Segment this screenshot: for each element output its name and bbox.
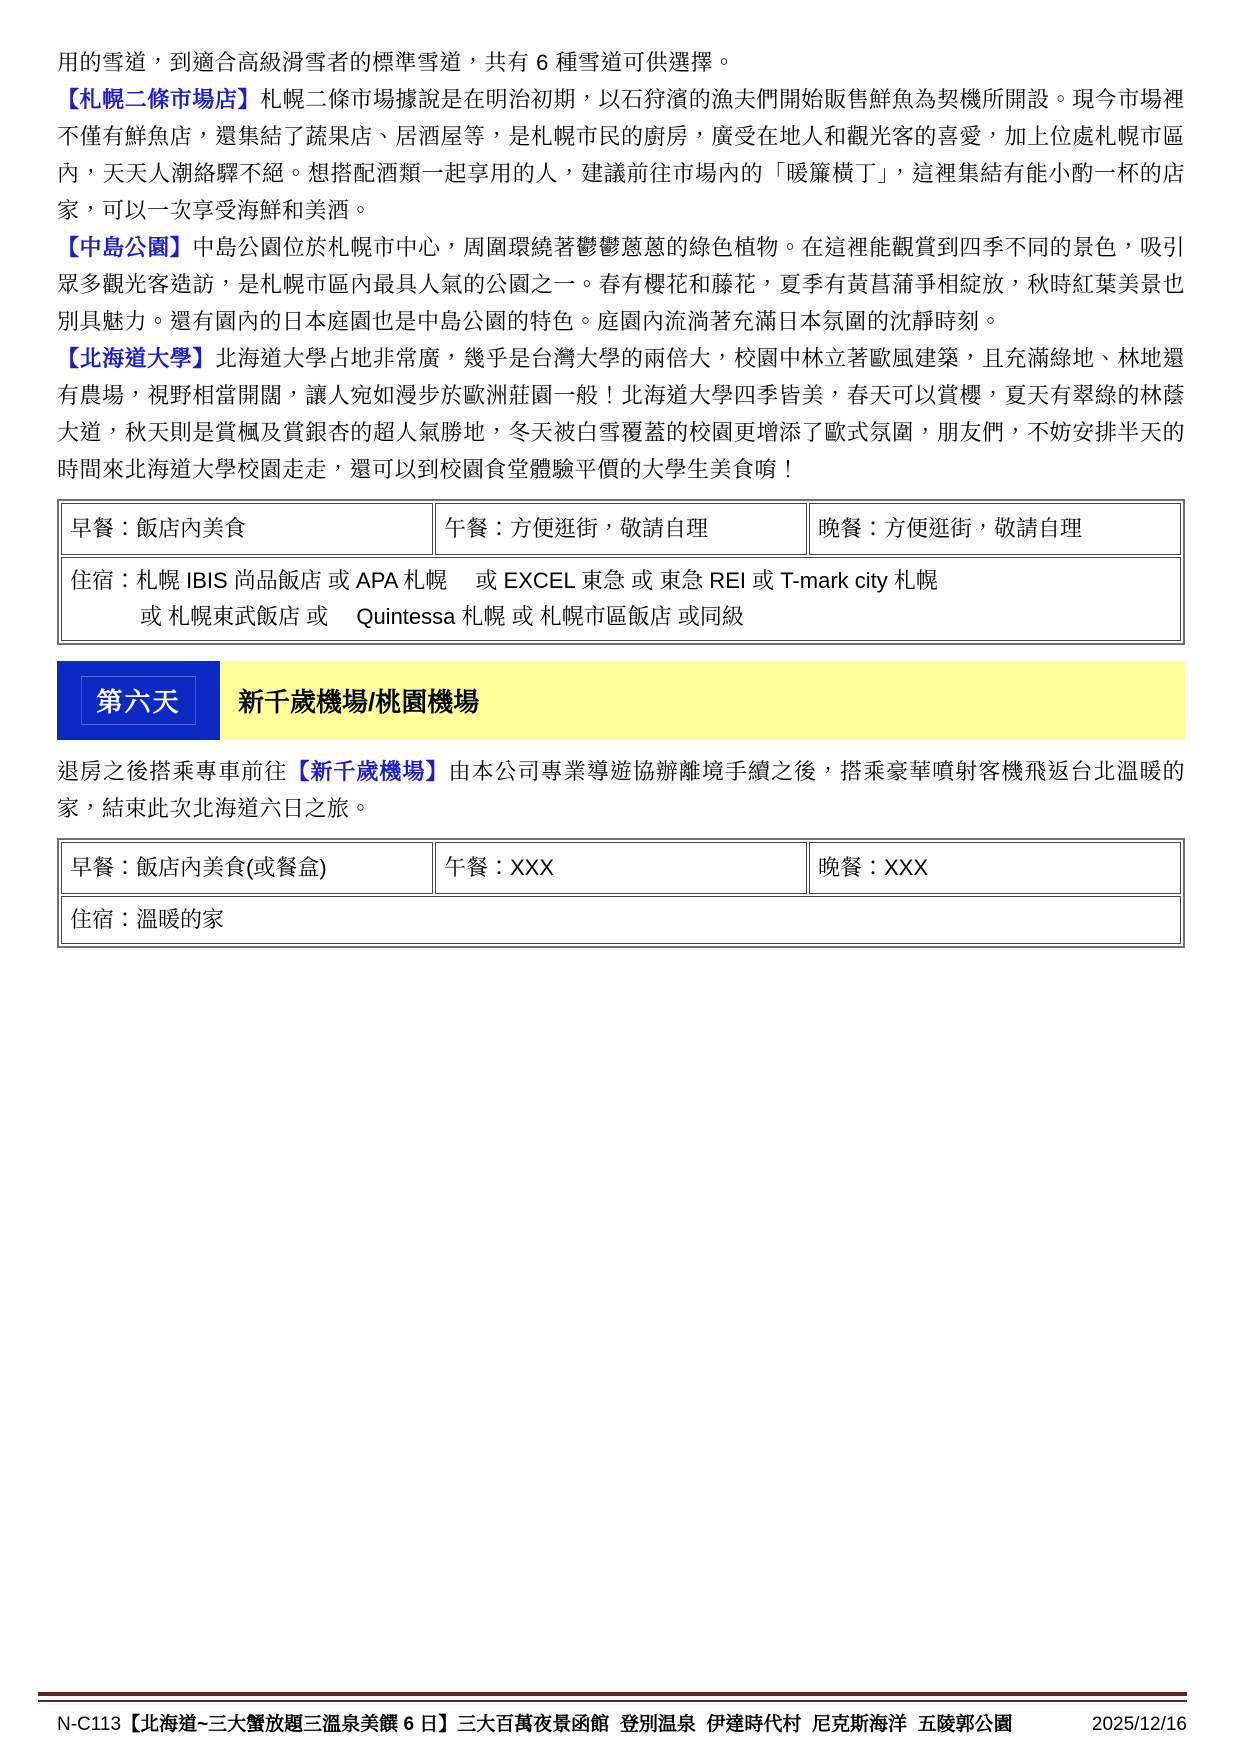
day5-lodging-row: 住宿：札幌 IBIS 尚品飯店 或 APA 札幌 或 EXCEL 東急 或 東急… bbox=[61, 557, 1181, 641]
day5-meal-table: 早餐：飯店內美食 午餐：方便逛街，敬請自理 晚餐：方便逛街，敬請自理 住宿：札幌… bbox=[57, 499, 1185, 645]
day5-lodging-line1: 住宿：札幌 IBIS 尚品飯店 或 APA 札幌 或 EXCEL 東急 或 東急… bbox=[70, 563, 1172, 599]
day6-lodging-cell: 住宿：溫暖的家 bbox=[61, 896, 1181, 944]
intro-paragraph: 用的雪道，到適合高級滑雪者的標準雪道，共有 6 種雪道可供選擇。 bbox=[57, 44, 1185, 81]
day6-meal-table: 早餐：飯店內美食(或餐盒) 午餐：XXX 晚餐：XXX 住宿：溫暖的家 bbox=[57, 838, 1185, 948]
section-title-sapporo-nijo-market: 【札幌二條市場店】 bbox=[57, 87, 260, 112]
footer-tour-code: N-C113 bbox=[57, 1714, 121, 1735]
footer-tour-title: N-C113【北海道~三大蟹放題三溫泉美饌 6 日】三大百萬夜景函館 登別温泉 … bbox=[57, 1709, 1013, 1736]
page-content: 用的雪道，到適合高級滑雪者的標準雪道，共有 6 種雪道可供選擇。 【札幌二條市場… bbox=[0, 0, 1241, 948]
section-hokkaido-university: 【北海道大學】北海道大學占地非常廣，幾乎是台灣大學的兩倍大，校園中林立著歐風建築… bbox=[57, 340, 1185, 488]
day6-paragraph: 退房之後搭乘專車前往【新千歲機場】由本公司專業導遊協辦離境手續之後，搭乘豪華噴射… bbox=[57, 753, 1185, 827]
day5-lodging-cell: 住宿：札幌 IBIS 尚品飯店 或 APA 札幌 或 EXCEL 東急 或 東急… bbox=[61, 557, 1181, 641]
day6-highlight-new-chitose-airport: 【新千歲機場】 bbox=[287, 759, 448, 784]
day6-meal-row: 早餐：飯店內美食(或餐盒) 午餐：XXX 晚餐：XXX bbox=[61, 842, 1181, 894]
day6-lodging-row: 住宿：溫暖的家 bbox=[61, 896, 1181, 944]
day6-title: 新千歲機場/桃園機場 bbox=[220, 661, 1185, 740]
day5-dinner-cell: 晚餐：方便逛街，敬請自理 bbox=[809, 503, 1181, 555]
day6-header-band: 第六天 新千歲機場/桃園機場 bbox=[57, 661, 1185, 740]
day5-breakfast-cell: 早餐：飯店內美食 bbox=[61, 503, 433, 555]
page-footer: N-C113【北海道~三大蟹放題三溫泉美饌 6 日】三大百萬夜景函館 登別温泉 … bbox=[38, 1692, 1187, 1736]
footer-divider-rule bbox=[38, 1692, 1187, 1702]
section-text-hokkaido-university: 北海道大學占地非常廣，幾乎是台灣大學的兩倍大，校園中林立著歐風建築，且充滿綠地、… bbox=[57, 346, 1185, 482]
footer-date: 2025/12/16 bbox=[1092, 1714, 1187, 1736]
day5-meal-row: 早餐：飯店內美食 午餐：方便逛街，敬請自理 晚餐：方便逛街，敬請自理 bbox=[61, 503, 1181, 555]
day5-lunch-cell: 午餐：方便逛街，敬請自理 bbox=[435, 503, 807, 555]
footer-text-row: N-C113【北海道~三大蟹放題三溫泉美饌 6 日】三大百萬夜景函館 登別温泉 … bbox=[38, 1709, 1187, 1736]
day6-label-box: 第六天 bbox=[57, 661, 220, 740]
intro-text: 用的雪道，到適合高級滑雪者的標準雪道，共有 6 種雪道可供選擇。 bbox=[57, 50, 735, 75]
document-page: 用的雪道，到適合高級滑雪者的標準雪道，共有 6 種雪道可供選擇。 【札幌二條市場… bbox=[0, 0, 1241, 1755]
section-title-nakajima-park: 【中島公園】 bbox=[57, 235, 192, 260]
day6-lunch-cell: 午餐：XXX bbox=[435, 842, 807, 894]
day6-pre-text: 退房之後搭乘專車前往 bbox=[57, 759, 287, 784]
day6-breakfast-cell: 早餐：飯店內美食(或餐盒) bbox=[61, 842, 433, 894]
footer-tour-name: 【北海道~三大蟹放題三溫泉美饌 6 日】三大百萬夜景函館 登別温泉 伊達時代村 … bbox=[121, 1714, 1012, 1735]
section-title-hokkaido-university: 【北海道大學】 bbox=[57, 346, 215, 371]
section-sapporo-nijo-market: 【札幌二條市場店】札幌二條市場據說是在明治初期，以石狩濱的漁夫們開始販售鮮魚為契… bbox=[57, 81, 1185, 229]
day6-label: 第六天 bbox=[81, 676, 195, 725]
section-nakajima-park: 【中島公園】中島公園位於札幌市中心，周圍環繞著鬱鬱蔥蔥的綠色植物。在這裡能觀賞到… bbox=[57, 229, 1185, 340]
day5-lodging-line2: 或 札幌東武飯店 或 Quintessa 札幌 或 札幌市區飯店 或同級 bbox=[70, 599, 1172, 635]
section-text-nakajima-park: 中島公園位於札幌市中心，周圍環繞著鬱鬱蔥蔥的綠色植物。在這裡能觀賞到四季不同的景… bbox=[57, 235, 1185, 334]
day6-dinner-cell: 晚餐：XXX bbox=[809, 842, 1181, 894]
